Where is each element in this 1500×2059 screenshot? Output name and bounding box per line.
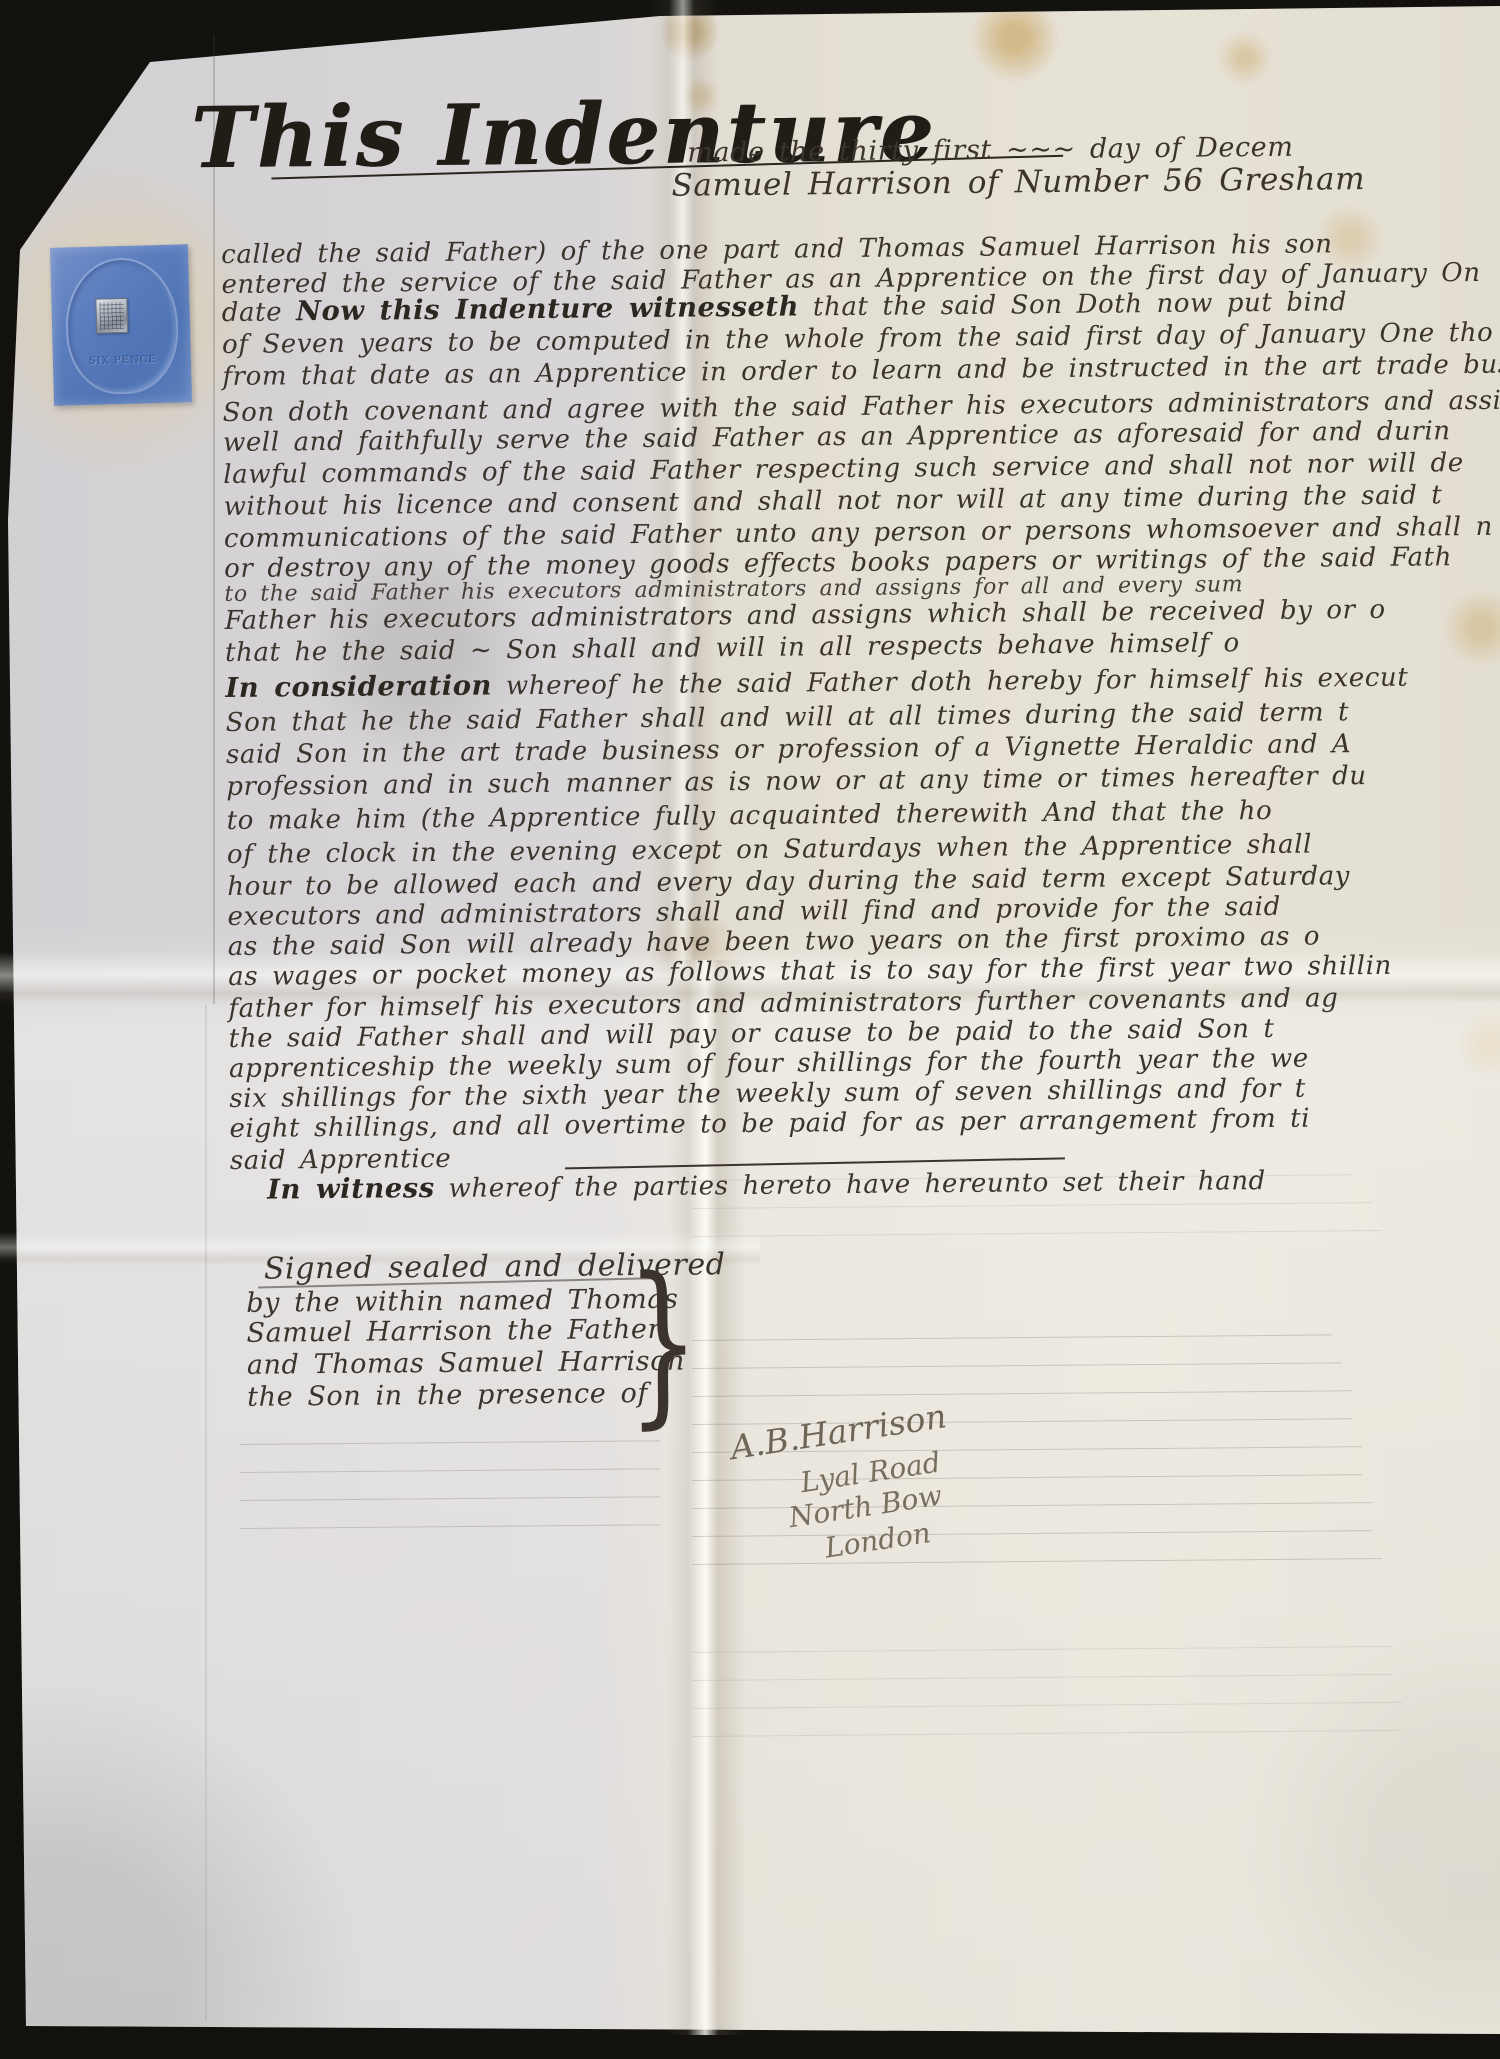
witness-signature-block: A.B.HarrisonLyal RoadNorth BowLondon (0, 0, 1494, 2)
attestation-block: Signed sealed and deliveredby the within… (0, 0, 1494, 2)
attestation-line: and Thomas Samuel Harrison (247, 1346, 685, 1381)
handwriting-layer: This Indenture made the thirty first ~~~… (0, 0, 1500, 2059)
attestation-brace: } (626, 1239, 701, 1445)
attestation-line: Samuel Harrison the Father (246, 1314, 661, 1349)
handwritten-line: said Apprentice (230, 1144, 452, 1176)
body-text-block: called the said Father) of the one part … (0, 0, 1494, 2)
handwritten-line: to make him (the Apprentice fully acquai… (226, 796, 1272, 836)
attestation-line: the Son in the presence of (247, 1378, 648, 1413)
scanned-indenture-photo: { "photo": { "backdrop_color": "#14130f"… (0, 0, 1500, 2059)
opening-line-2: Samuel Harrison of Number 56 Gresham (671, 161, 1365, 204)
